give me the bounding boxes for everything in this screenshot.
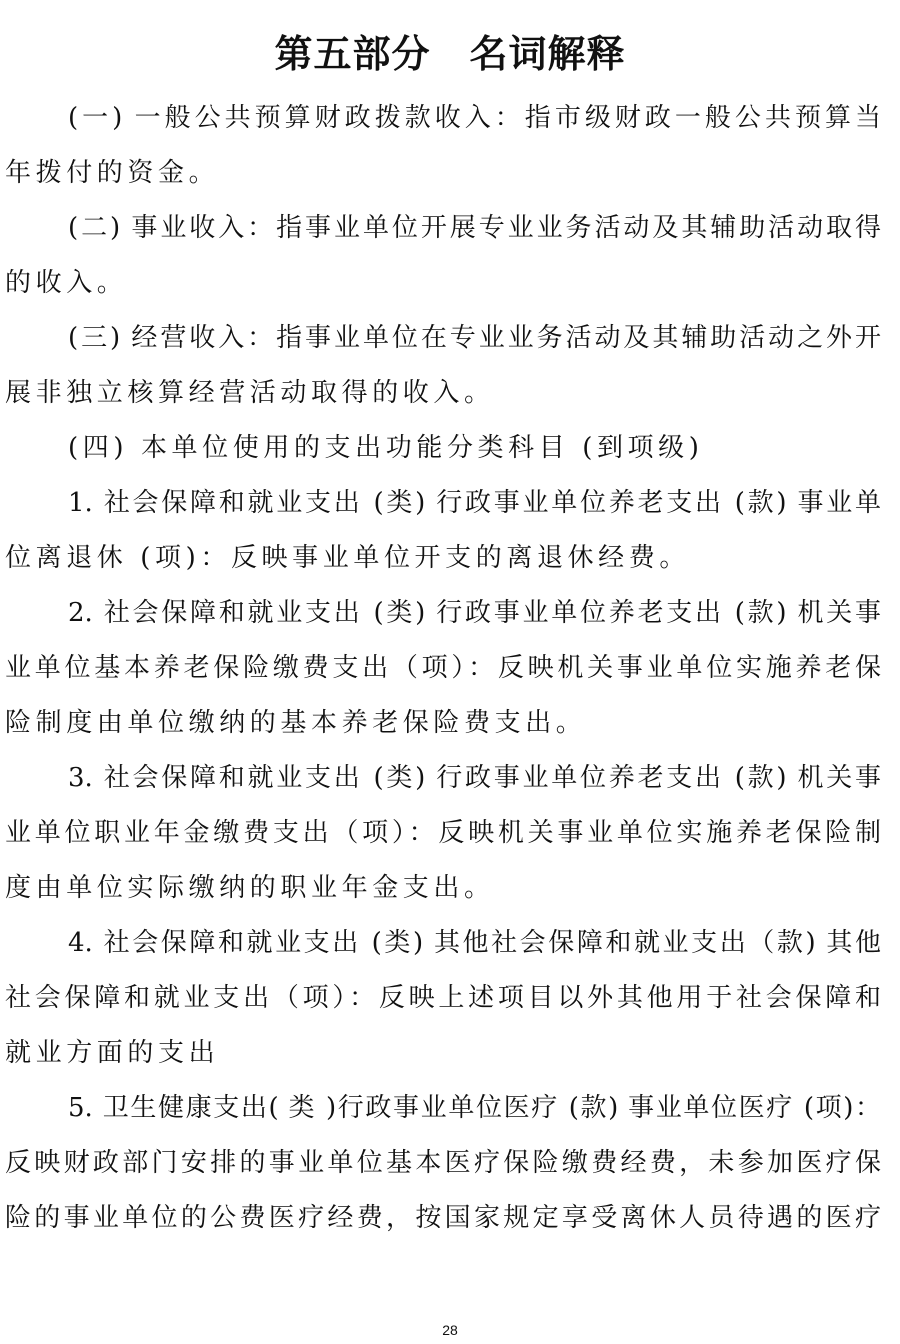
section-heading: (四) 本单位使用的支出功能分类科目 (到项级)	[5, 421, 881, 476]
body-line: 5. 卫生健康支出( 类 )行政事业单位医疗 (款) 事业单位医疗 (项)：	[5, 1081, 881, 1136]
body-line: (二) 事业收入：指事业单位开展专业业务活动及其辅助活动取得	[5, 201, 881, 256]
body-line: 展非独立核算经营活动取得的收入。	[5, 366, 881, 421]
page-title: 第五部分 名词解释	[0, 29, 900, 79]
body-line: 社会保障和就业支出（项）：反映上述项目以外其他用于社会保障和	[5, 971, 881, 1026]
body-line: 度由单位实际缴纳的职业年金支出。	[5, 861, 881, 916]
body-line: (一) 一般公共预算财政拨款收入：指市级财政一般公共预算当	[5, 91, 881, 146]
body-line: 险制度由单位缴纳的基本养老保险费支出。	[5, 696, 881, 751]
body-line: 就业方面的支出	[5, 1026, 881, 1081]
body-line: 业单位基本养老保险缴费支出（项）：反映机关事业单位实施养老保	[5, 641, 881, 696]
body-line: (三) 经营收入：指事业单位在专业业务活动及其辅助活动之外开	[5, 311, 881, 366]
body-line: 2. 社会保障和就业支出 (类) 行政事业单位养老支出 (款) 机关事	[5, 586, 881, 641]
body-line: 位离退休 (项)：反映事业单位开支的离退休经费。	[5, 531, 881, 586]
body-line: 1. 社会保障和就业支出 (类) 行政事业单位养老支出 (款) 事业单	[5, 476, 881, 531]
body-line: 反映财政部门安排的事业单位基本医疗保险缴费经费，未参加医疗保	[5, 1136, 881, 1191]
page-number: 28	[0, 1320, 900, 1340]
document-body: (一) 一般公共预算财政拨款收入：指市级财政一般公共预算当 年拨付的资金。 (二…	[5, 91, 881, 1246]
body-line: 业单位职业年金缴费支出（项）：反映机关事业单位实施养老保险制	[5, 806, 881, 861]
body-line: 的收入。	[5, 256, 881, 311]
body-line: 4. 社会保障和就业支出 (类) 其他社会保障和就业支出（款) 其他	[5, 916, 881, 971]
body-line: 险的事业单位的公费医疗经费，按国家规定享受离休人员待遇的医疗	[5, 1191, 881, 1246]
body-line: 3. 社会保障和就业支出 (类) 行政事业单位养老支出 (款) 机关事	[5, 751, 881, 806]
body-line: 年拨付的资金。	[5, 146, 881, 201]
